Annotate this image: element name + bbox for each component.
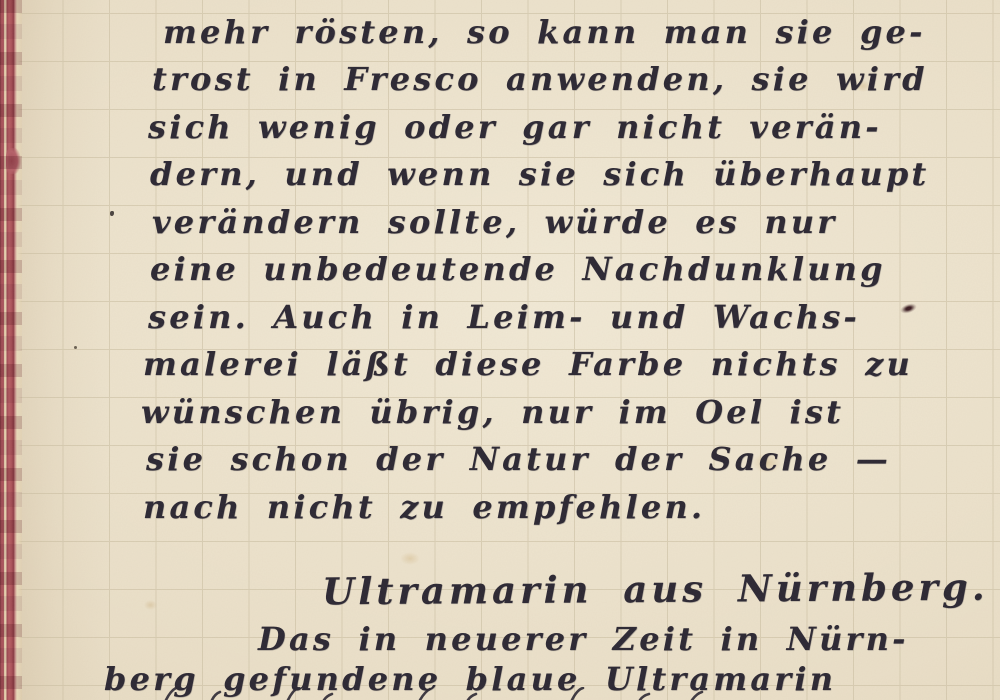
ink-speck <box>74 346 77 349</box>
book-binding-edge <box>0 0 22 700</box>
manuscript-line: nach nicht zu empfehlen. <box>143 491 705 523</box>
manuscript-line: Das in neuerer Zeit in Nürn- <box>258 623 909 655</box>
manuscript-line: sein. Auch in Leim- und Wachs- <box>148 301 860 333</box>
manuscript-line: trost in Fresco anwenden, sie wird <box>152 63 928 95</box>
manuscript-line: eine unbedeutende Nachdunklung <box>150 253 886 285</box>
manuscript-line: malerei läßt diese Farbe nichts zu <box>143 348 913 380</box>
section-heading: Ultramarin aus Nürnberg. <box>322 569 989 611</box>
manuscript-line: dern, und wenn sie sich überhaupt <box>150 158 929 190</box>
manuscript-line: wünschen übrig, nur im Oel ist <box>141 396 844 428</box>
binding-marble-bump <box>6 148 22 174</box>
ink-speck <box>110 211 114 216</box>
manuscript-line: sie schon der Natur der Sache — <box>146 443 891 475</box>
paper-stain <box>144 600 157 610</box>
manuscript-line: verändern sollte, würde es nur <box>152 206 837 238</box>
paper-stain <box>400 552 420 565</box>
manuscript-line: berg gefundene blaue Ultramarin <box>104 663 836 695</box>
manuscript-page: mehr rösten, so kann man sie ge- trost i… <box>0 0 1000 700</box>
ink-blot <box>899 302 918 316</box>
manuscript-line: sich wenig oder gar nicht verän- <box>148 111 882 143</box>
manuscript-line: mehr rösten, so kann man sie ge- <box>163 16 926 48</box>
